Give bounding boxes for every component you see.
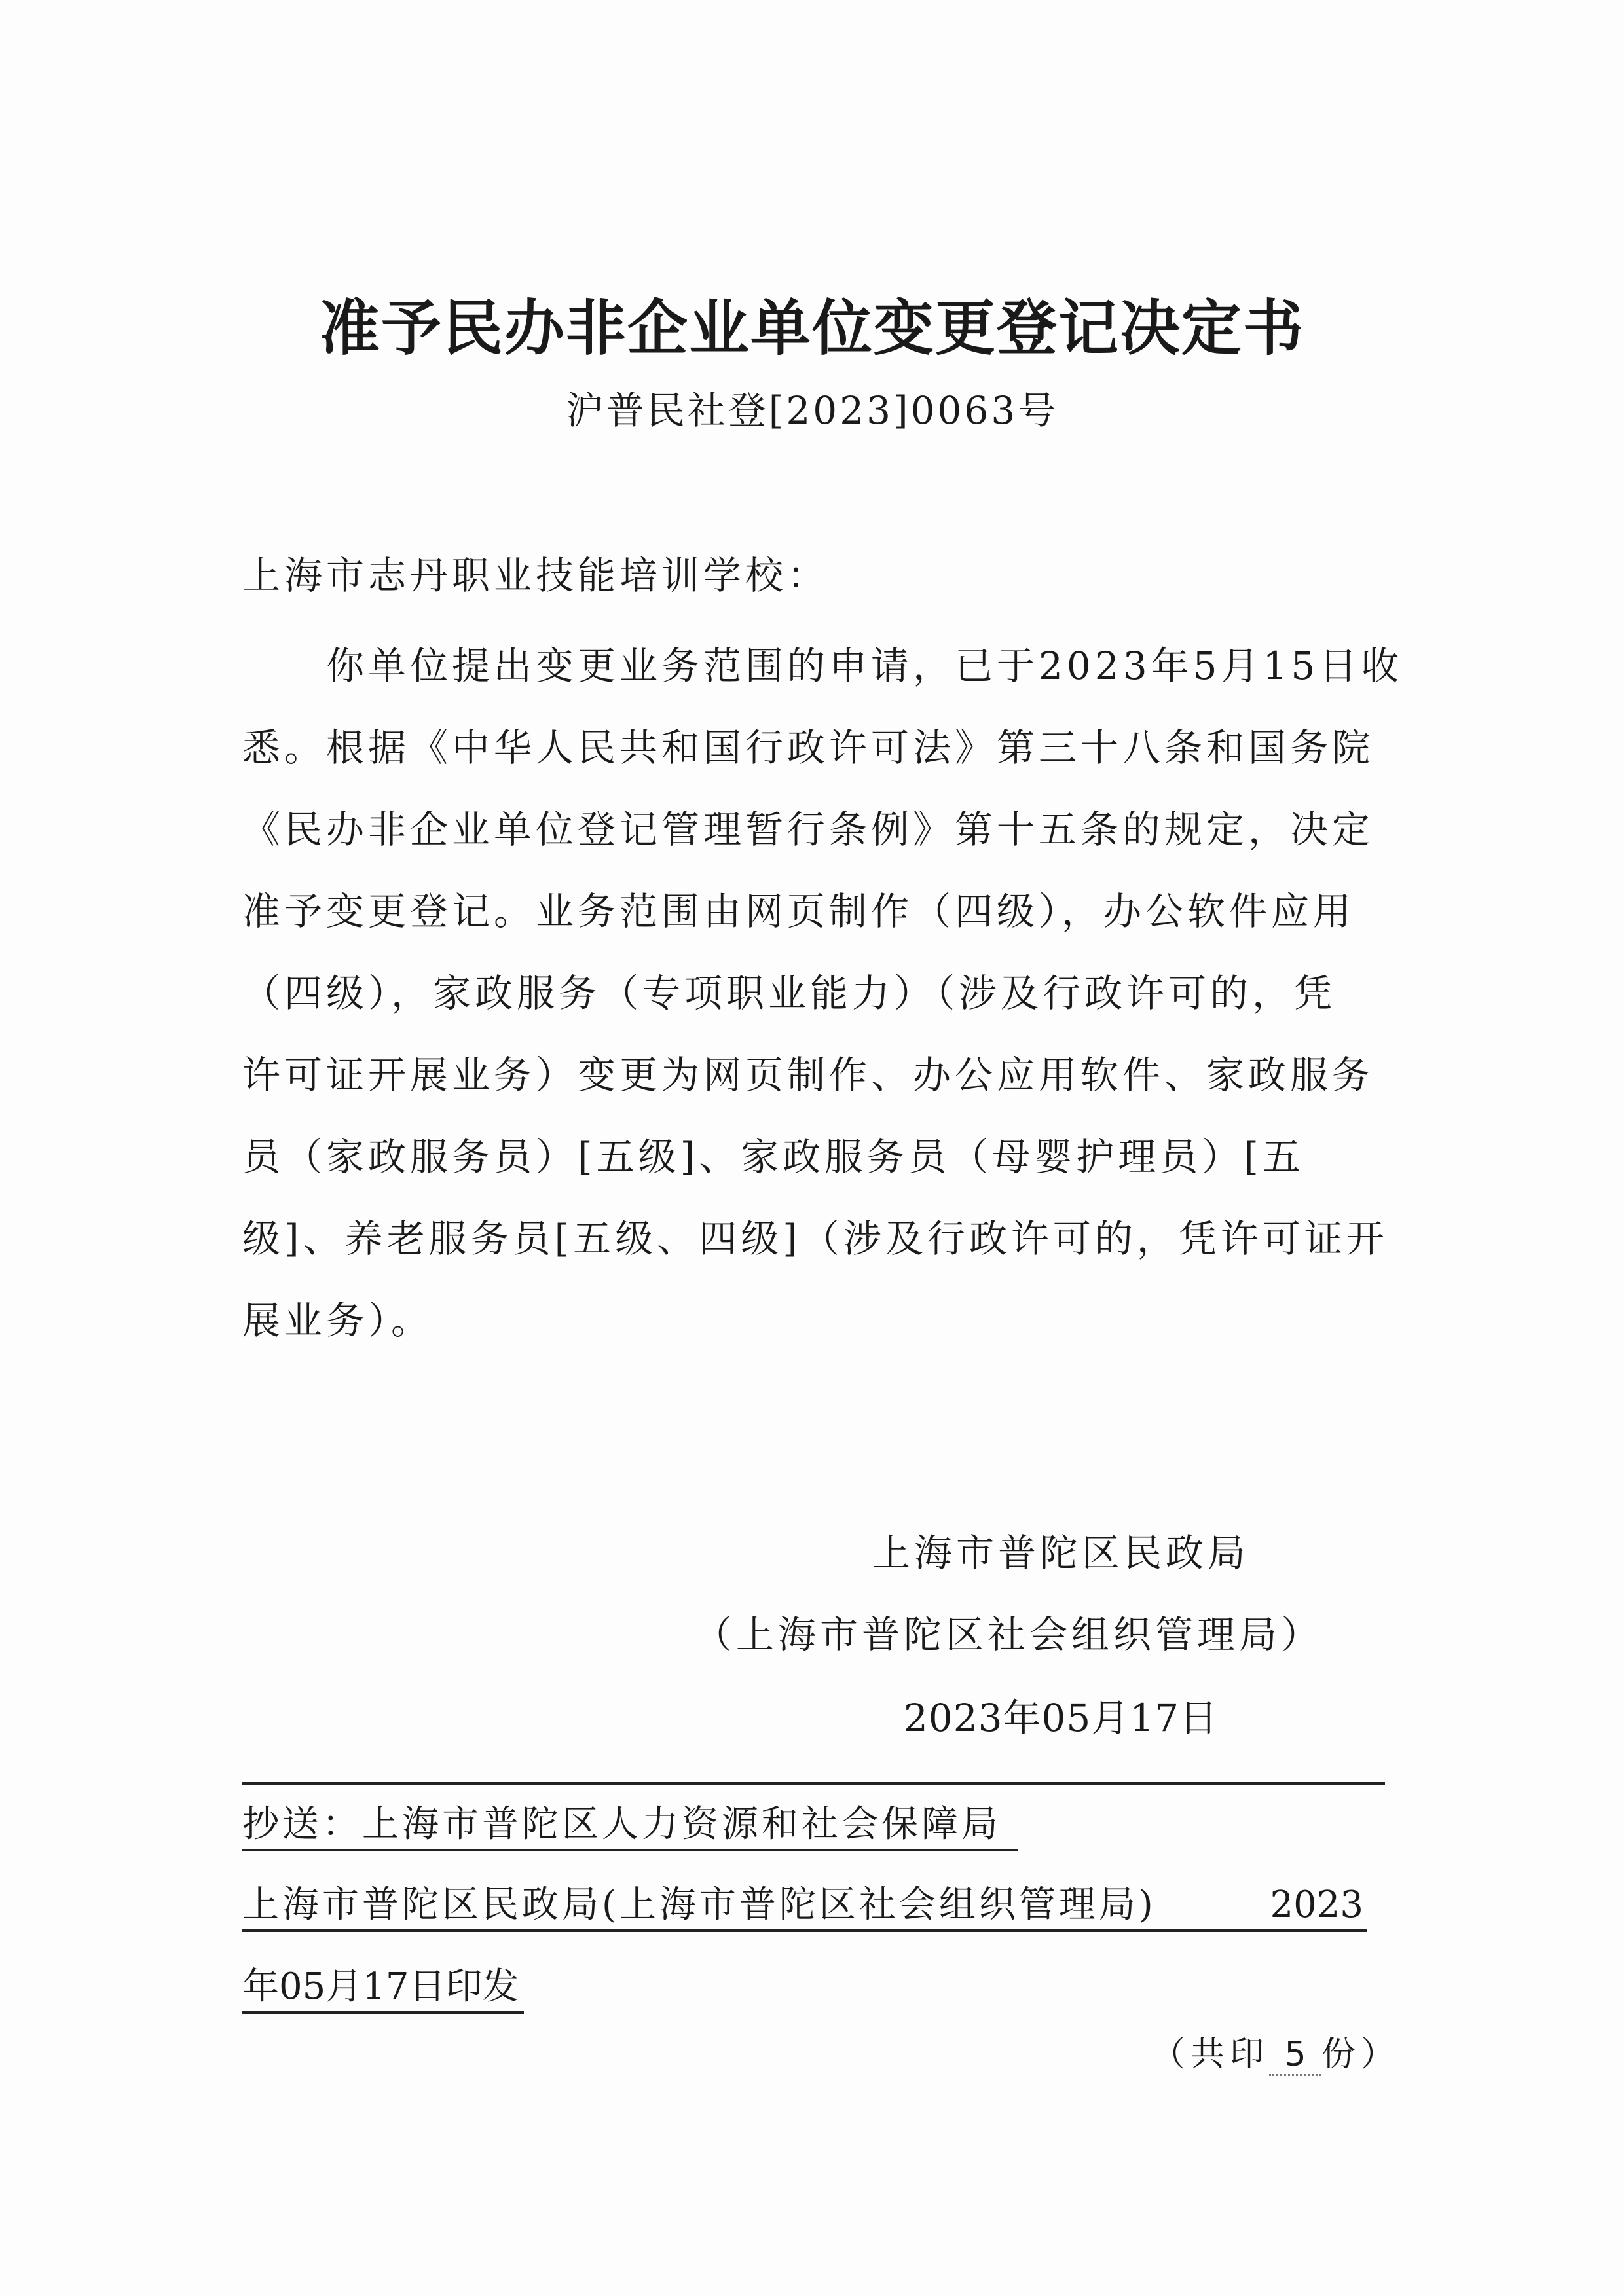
- decision-body: 你单位提出变更业务范围的申请，已于2023年5月15日收 悉。根据《中华人民共和…: [242, 625, 1365, 1362]
- issued-by: 上海市普陀区民政局(上海市普陀区社会组织管理局): [242, 1884, 1156, 1926]
- issued-year: 2023: [1270, 1882, 1363, 1928]
- issuer-alias: （上海市普陀区社会组织管理局）: [694, 1604, 1297, 1659]
- copies-number: 5: [1269, 2035, 1321, 2076]
- body-line: 级]、养老服务员[五级、四级]（涉及行政许可的，凭许可证开: [242, 1198, 1365, 1280]
- body-line: 悉。根据《中华人民共和国行政许可法》第三十八条和国务院: [242, 707, 1365, 789]
- copies-count: （共印5份）: [1151, 2026, 1400, 2076]
- body-line: 展业务）。: [242, 1280, 1365, 1362]
- issued-date: 年05月17日印发: [242, 1964, 524, 2014]
- issued-by-line: 上海市普陀区民政局(上海市普陀区社会组织管理局) 2023: [242, 1882, 1367, 1932]
- footer-divider: [242, 1782, 1385, 1785]
- body-line: 员（家政服务员）[五级]、家政服务员（母婴护理员）[五: [242, 1116, 1365, 1198]
- cc-line: 抄送：上海市普陀区人力资源和社会保障局: [242, 1802, 1018, 1851]
- addressee: 上海市志丹职业技能培训学校：: [242, 545, 829, 600]
- body-line: 许可证开展业务）变更为网页制作、办公应用软件、家政服务: [242, 1034, 1365, 1116]
- document-number: 沪普民社登[2023]0063号: [0, 380, 1624, 435]
- copies-prefix: （共印: [1151, 2035, 1269, 2074]
- copies-suffix: 份）: [1321, 2035, 1400, 2074]
- body-line: 你单位提出变更业务范围的申请，已于2023年5月15日收: [242, 625, 1365, 707]
- body-line: （四级），家政服务（专项职业能力）（涉及行政许可的，凭: [242, 953, 1365, 1034]
- issuer-name: 上海市普陀区民政局: [733, 1522, 1388, 1577]
- issue-date: 2023年05月17日: [733, 1687, 1388, 1742]
- document-title: 准予民办非企业单位变更登记决定书: [0, 280, 1624, 367]
- body-line: 准予变更登记。业务范围由网页制作（四级），办公软件应用: [242, 871, 1365, 953]
- body-line: 《民办非企业单位登记管理暂行条例》第十五条的规定，决定: [242, 789, 1365, 871]
